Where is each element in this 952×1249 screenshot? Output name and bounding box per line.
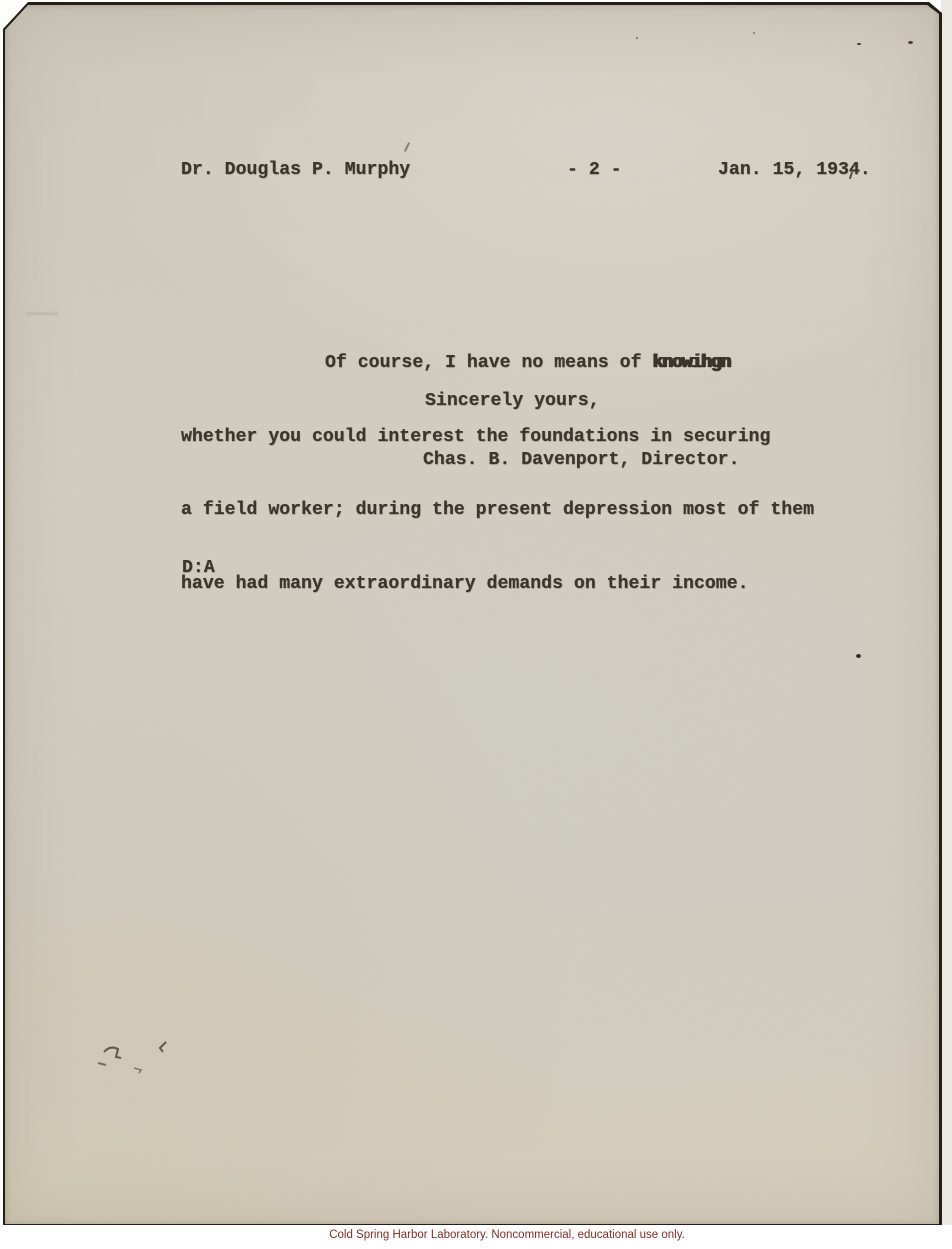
ink-speck — [908, 41, 913, 44]
ink-speck — [857, 43, 861, 45]
faint-smudge-left-margin — [26, 312, 58, 315]
footer-bar: Cold Spring Harbor Laboratory. Noncommer… — [0, 1225, 952, 1249]
footer-attribution: Cold Spring Harbor Laboratory. Noncommer… — [62, 1229, 952, 1241]
body-line-1: Of course, I have no means of knowihgn — [181, 351, 814, 376]
scanner-edge-strip — [941, 0, 952, 1249]
letter-signature: Chas. B. Davenport, Director. — [423, 448, 740, 473]
body-line-4: have had many extraordinary demands on t… — [181, 572, 814, 597]
typist-initials: D:A — [182, 556, 215, 581]
letter-page-number: - 2 - — [567, 158, 622, 183]
ink-speck — [856, 654, 861, 658]
scanned-letter-page: { "document": { "header": { "recipient":… — [0, 0, 952, 1249]
body-line-1-text: Of course, I have no means of — [325, 353, 652, 373]
pencil-marks — [90, 1030, 390, 1085]
letter-recipient: Dr. Douglas P. Murphy — [181, 158, 410, 183]
ink-speck — [753, 32, 755, 34]
body-overstruck-word: knowihgn — [652, 353, 730, 373]
letter-closing: Sincerely yours, — [425, 389, 600, 414]
body-line-3: a field worker; during the present depre… — [181, 498, 814, 523]
letter-date: Jan. 15, 1934. — [718, 158, 871, 183]
body-line-2: whether you could interest the foundatio… — [181, 425, 814, 450]
ink-speck — [636, 37, 638, 39]
